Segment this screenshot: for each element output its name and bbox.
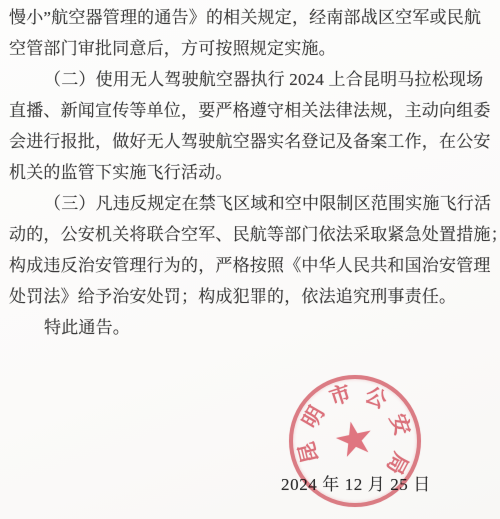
notice-body-text: 慢小”航空器管理的通告》的相关规定，经南部战区空军或民航空管部门审批同意后，方可… — [9, 2, 492, 343]
notice-document-page: 慢小”航空器管理的通告》的相关规定，经南部战区空军或民航空管部门审批同意后，方可… — [0, 0, 500, 519]
text-line: 机关的监管下实施飞行活动。 — [9, 157, 492, 188]
text-line: 构成违反治安管理行为的，严格按照《中华人民共和国治安管理 — [9, 250, 492, 281]
text-line: 空管部门审批同意后，方可按照规定实施。 — [9, 33, 492, 64]
text-line: （二）使用无人驾驶航空器执行 2024 上合昆明马拉松现场 — [9, 64, 492, 95]
text-line: 特此通告。 — [9, 312, 492, 343]
text-line: （三）凡违反规定在禁飞区域和空中限制区范围实施飞行活 — [9, 188, 492, 219]
text-line: 直播、新闻宣传等单位，要严格遵守相关法律法规，主动向组委 — [9, 95, 492, 126]
text-line: 动的，公安机关将联合空军、民航等部门依法采取紧急处置措施； — [9, 219, 492, 250]
text-line: 处罚法》给予治安处罚；构成犯罪的，依法追究刑事责任。 — [9, 281, 492, 312]
official-seal: ★ 昆明市公安局 — [289, 375, 421, 507]
text-line: 会进行报批，做好无人驾驶航空器实名登记及备案工作，在公安 — [9, 126, 492, 157]
text-line: 慢小”航空器管理的通告》的相关规定，经南部战区空军或民航 — [9, 2, 492, 33]
